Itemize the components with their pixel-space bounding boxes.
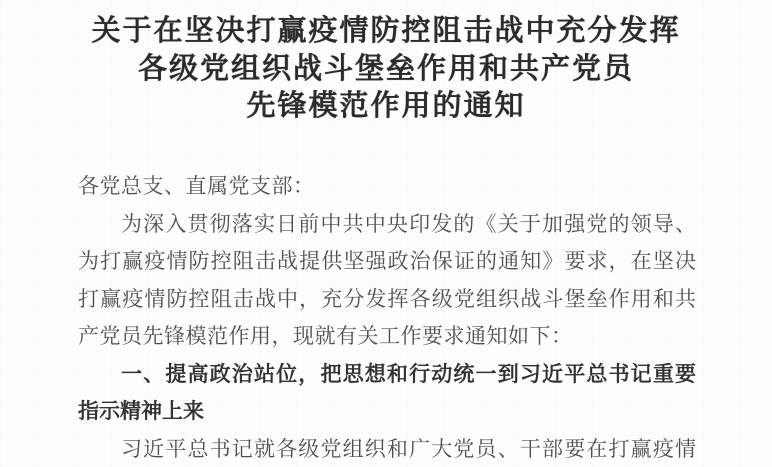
section-heading-line-1: 一、提高政治站位，把思想和行动统一到习近平总书记重要 — [78, 356, 696, 394]
document-title: 关于在坚决打赢疫情防控阻击战中充分发挥 各级党组织战斗堡垒作用和共产党员 先锋模… — [40, 13, 732, 126]
salutation-line: 各党总支、直属党支部： — [78, 168, 696, 206]
document-page: 关于在坚决打赢疫情防控阻击战中充分发挥 各级党组织战斗堡垒作用和共产党员 先锋模… — [0, 0, 772, 467]
title-line-3: 先锋模范作用的通知 — [40, 88, 732, 126]
paragraph1-line-4: 产党员先锋模范作用，现就有关工作要求通知如下： — [78, 318, 696, 356]
title-line-2: 各级党组织战斗堡垒作用和共产党员 — [40, 51, 732, 89]
paragraph2-line-1: 习近平总书记就各级党组织和广大党员、干部要在打赢疫情 — [78, 431, 696, 467]
paragraph1-line-3: 打赢疫情防控阻击战中，充分发挥各级党组织战斗堡垒作用和共 — [78, 281, 696, 319]
paragraph1-line-2: 为打赢疫情防控阻击战提供坚强政治保证的通知》要求，在坚决 — [78, 243, 696, 281]
document-body: 各党总支、直属党支部： 为深入贯彻落实日前中共中央印发的《关于加强党的领导、 为… — [78, 168, 696, 467]
section-heading-line-2: 指示精神上来 — [78, 393, 696, 431]
title-line-1: 关于在坚决打赢疫情防控阻击战中充分发挥 — [40, 13, 732, 51]
paragraph1-line-1: 为深入贯彻落实日前中共中央印发的《关于加强党的领导、 — [78, 206, 696, 244]
